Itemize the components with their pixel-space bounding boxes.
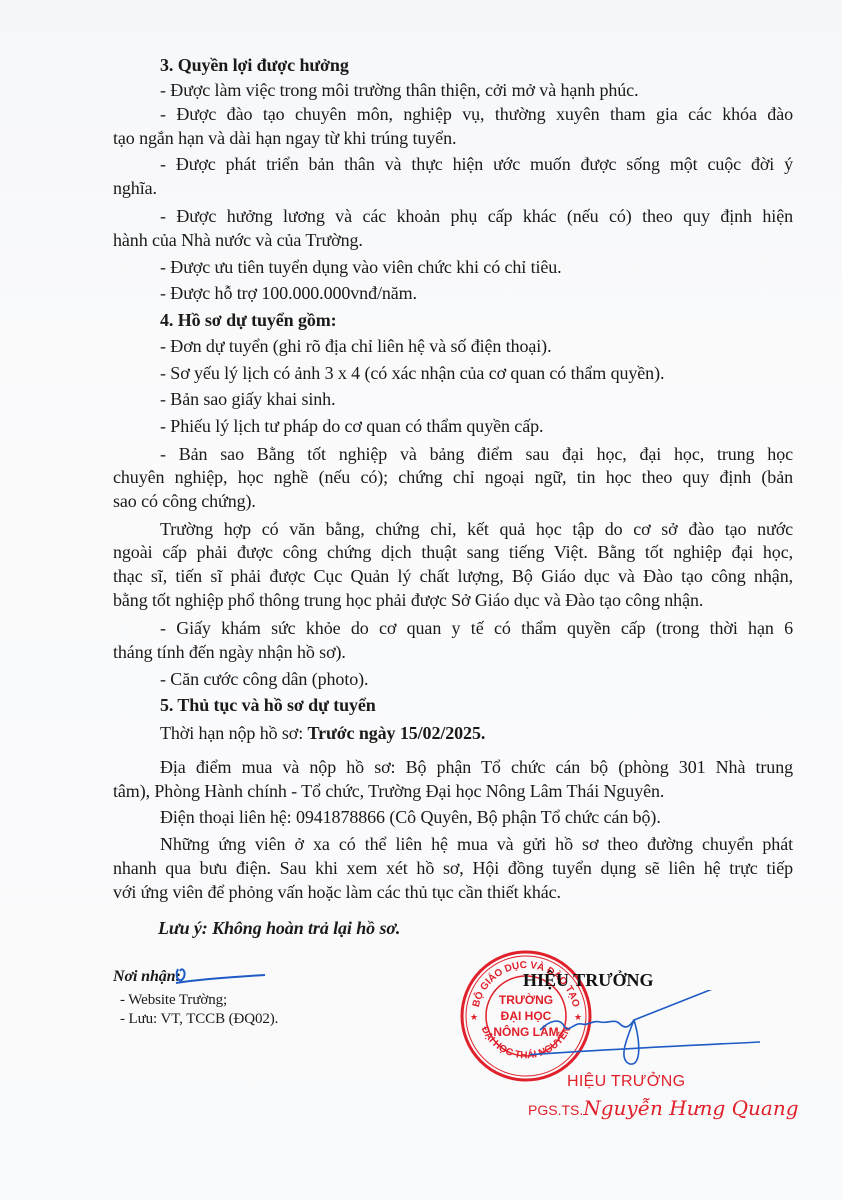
benefit-item-cont: nghĩa. [113,177,157,199]
remote-applicants-line-cont: với ứng viên để phỏng vấn hoặc làm các t… [113,881,561,903]
benefit-item-cont: hành của Nhà nước và của Trường. [113,229,363,251]
remote-applicants-line-cont: nhanh qua bưu điện. Sau khi xem xét hồ s… [113,857,793,879]
initial-mark-icon [170,965,270,989]
document-item: - Sơ yếu lý lịch có ảnh 3 x 4 (có xác nh… [160,362,664,384]
phone-line: Điện thoại liên hệ: 0941878866 (Cô Quyên… [160,806,661,828]
svg-text:★: ★ [470,1012,478,1022]
benefit-item: - Được phát triển bản thân và thực hiện … [113,153,793,175]
recipient-item: - Lưu: VT, TCCB (ĐQ02). [120,1008,278,1030]
deadline-line: Thời hạn nộp hồ sơ: Trước ngày 15/02/202… [160,722,485,744]
document-paragraph: Trường hợp có văn bằng, chứng chỉ, kết q… [113,518,793,540]
location-line: Địa điểm mua và nộp hồ sơ: Bộ phận Tổ ch… [113,756,793,778]
benefit-item-cont: tạo ngắn hạn và dài hạn ngay từ khi trún… [113,127,456,149]
document-paragraph-cont: thạc sĩ, tiến sĩ phải được Cục Quản lý c… [113,565,793,587]
principal-title: HIỆU TRƯỞNG [523,970,654,991]
section-5-heading: 5. Thủ tục và hồ sơ dự tuyển [160,694,376,716]
section-3-heading: 3. Quyền lợi được hưởng [160,54,349,76]
document-page: 3. Quyền lợi được hưởng - Được làm việc … [0,0,842,1200]
section-4-heading: 4. Hồ sơ dự tuyển gồm: [160,309,337,331]
benefit-item: - Được hỗ trợ 100.000.000vnđ/năm. [160,282,417,304]
document-item-cont: sao có công chứng). [113,490,256,512]
signer-name-line: PGS.TS.Nguyễn Hưng Quang [528,1096,799,1120]
document-item: - Đơn dự tuyển (ghi rõ địa chỉ liên hệ v… [160,335,551,357]
signer-prefix: PGS.TS. [528,1102,583,1118]
remote-applicants-line: Những ứng viên ở xa có thể liên hệ mua v… [113,833,793,855]
document-item: - Bản sao giấy khai sinh. [160,388,335,410]
benefit-item: - Được ưu tiên tuyển dụng vào viên chức … [160,256,562,278]
benefit-item: - Được hưởng lương và các khoản phụ cấp … [113,205,793,227]
document-item-cont: chuyên nghiệp, học nghề (nếu có); chứng … [113,466,793,488]
deadline-value: Trước ngày 15/02/2025. [308,723,486,743]
signer-title: HIỆU TRƯỞNG [567,1073,685,1091]
document-item: - Bản sao Bằng tốt nghiệp và bảng điểm s… [113,443,793,465]
location-line-cont: tâm), Phòng Hành chính - Tổ chức, Trường… [113,780,664,802]
document-item-cont: tháng tính đến ngày nhận hồ sơ). [113,641,346,663]
benefit-item: - Được đào tạo chuyên môn, nghiệp vụ, th… [113,103,793,125]
benefit-item: - Được làm việc trong môi trường thân th… [160,79,638,101]
document-paragraph-cont: ngoài cấp phải được công chứng dịch thuậ… [113,541,793,563]
document-item: - Giấy khám sức khỏe do cơ quan y tế có … [113,617,793,639]
document-paragraph-cont: bằng tốt nghiệp phổ thông trung học phải… [113,589,703,611]
deadline-label: Thời hạn nộp hồ sơ: [160,723,308,743]
document-item: - Phiếu lý lịch tư pháp do cơ quan có th… [160,415,543,437]
note: Lưu ý: Không hoàn trả lại hồ sơ. [158,917,400,939]
signer-name: Nguyễn Hưng Quang [583,1096,798,1120]
document-item: - Căn cước công dân (photo). [160,668,368,690]
handwritten-signature-icon [530,990,790,1070]
